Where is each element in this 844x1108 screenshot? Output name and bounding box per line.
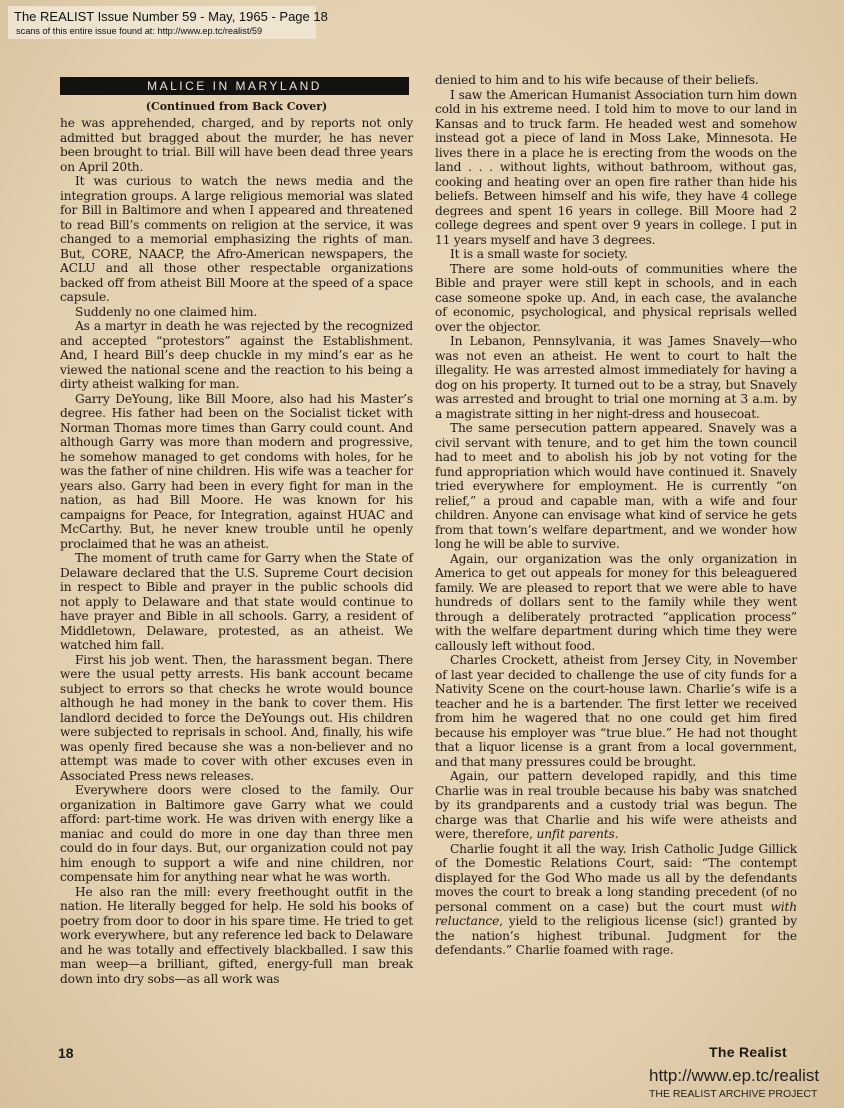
paragraph: First his job went. Then, the harassment… [60,653,413,784]
paragraph: It was curious to watch the news media a… [60,174,413,305]
paragraph: As a martyr in death he was rejected by … [60,319,413,392]
paragraph: I saw the American Humanist Association … [435,88,797,248]
paragraph: The moment of truth came for Garry when … [60,551,413,653]
publication-masthead: The Realist [709,1044,787,1060]
paragraph: Garry DeYoung, like Bill Moore, also had… [60,392,413,552]
paragraph: Again, our pattern developed rapidly, an… [435,769,797,842]
paragraph: It is a small waste for society. [435,247,797,262]
paragraph: Again, our organization was the only org… [435,552,797,654]
article-title-banner: MALICE IN MARYLAND [60,77,409,95]
left-column: he was apprehended, charged, and by repo… [60,116,413,986]
paragraph: Suddenly no one claimed him. [60,305,413,320]
paragraph: In Lebanon, Pennsylvania, it was James S… [435,334,797,421]
paragraph: Charles Crockett, atheist from Jersey Ci… [435,653,797,769]
archive-project-name: THE REALIST ARCHIVE PROJECT [649,1088,817,1100]
paragraph: Charlie fought it all the way. Irish Cat… [435,842,797,958]
paragraph: There are some hold-outs of communities … [435,262,797,335]
paragraph: The same persecution pattern appeared. S… [435,421,797,552]
continuation-note: (Continued from Back Cover) [60,100,413,114]
paragraph: denied to him and to his wife because of… [435,73,797,88]
paragraph: Everywhere doors were closed to the fami… [60,783,413,885]
scan-info-label: The REALIST Issue Number 59 - May, 1965 … [8,6,316,39]
paragraph: he was apprehended, charged, and by repo… [60,116,413,174]
paragraph: He also ran the mill: every freethought … [60,885,413,987]
page-number: 18 [58,1045,74,1061]
emphasis: unfit parents [537,827,615,841]
scan-source-note: scans of this entire issue found at: htt… [16,26,262,36]
issue-info: The REALIST Issue Number 59 - May, 1965 … [14,9,328,24]
right-column: denied to him and to his wife because of… [435,73,797,958]
archive-url-link[interactable]: http://www.ep.tc/realist [649,1066,819,1086]
